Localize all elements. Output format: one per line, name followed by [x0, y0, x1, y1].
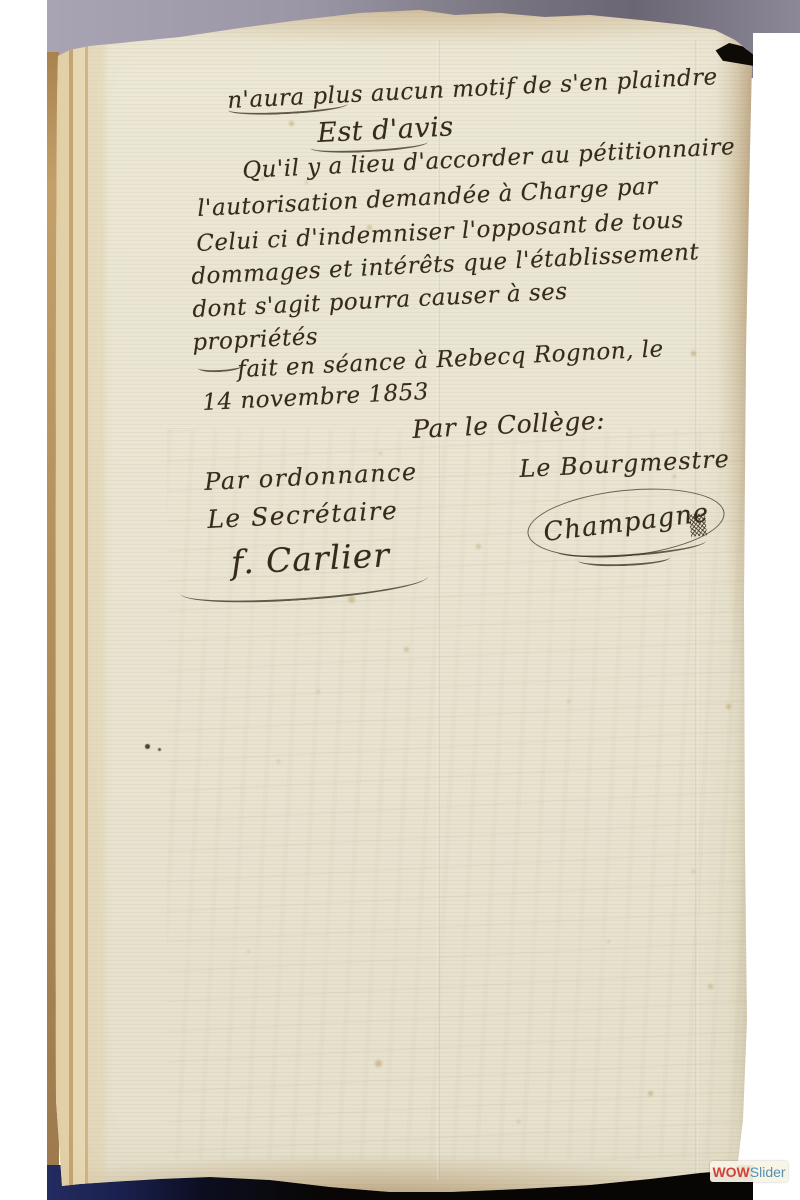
wowslider-watermark[interactable]: WOWSlider — [710, 1161, 788, 1182]
signature-left-title: Le Secrétaire — [207, 496, 399, 534]
burgomaster-title: Le Bourgmestre — [519, 445, 731, 483]
signature-left-line: Par ordonnance — [204, 458, 419, 496]
handwriting-layer: n'aura plus aucun motif de s'en plaindre… — [0, 0, 800, 1200]
manuscript-line: Qu'il y a lieu d'accorder au pétitionnai… — [242, 134, 736, 184]
flourish-stroke — [198, 361, 242, 373]
manuscript-line: Par le Collège: — [412, 406, 606, 444]
manuscript-photo: n'aura plus aucun motif de s'en plaindre… — [0, 0, 800, 1200]
signature-paraph-hatch — [689, 513, 707, 537]
manuscript-line: propriétés — [192, 324, 319, 356]
watermark-wow-text: WOW — [712, 1165, 749, 1179]
watermark-slider-text: Slider — [750, 1165, 786, 1179]
manuscript-date-line: 14 novembre 1853 — [202, 379, 430, 416]
